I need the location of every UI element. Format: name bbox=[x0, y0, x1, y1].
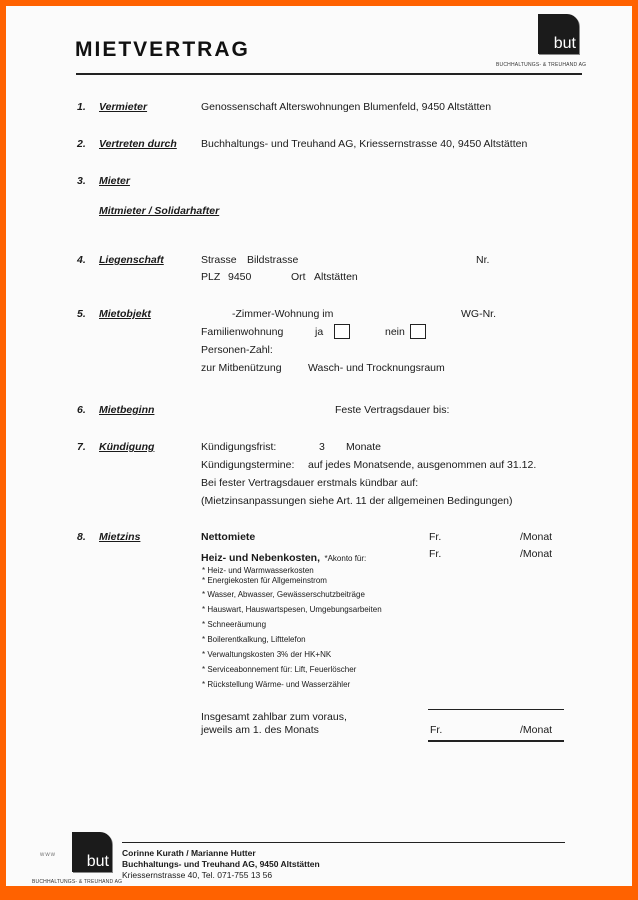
section-label-mitmieter: Mitmieter / Solidarhafter bbox=[99, 205, 219, 217]
footer-street-phone: Kriessernstrasse 40, Tel. 071-755 13 56 bbox=[122, 870, 320, 881]
nebenkosten-currency: Fr. bbox=[429, 548, 441, 560]
footer-logo-text: but bbox=[87, 853, 109, 871]
section-label-vertreten: Vertreten durch bbox=[99, 138, 177, 150]
section-number: 8. bbox=[77, 531, 86, 543]
ort-value: Altstätten bbox=[314, 271, 358, 283]
header-rule bbox=[76, 73, 582, 75]
wg-label: WG-Nr. bbox=[461, 308, 496, 320]
kuendigungsfrist-value: 3 bbox=[319, 441, 325, 453]
section-label-mieter: Mieter bbox=[99, 175, 130, 187]
footer-but-logo: but bbox=[72, 832, 112, 872]
document-title: MIETVERTRAG bbox=[75, 38, 250, 62]
total-text-line2: jeweils am 1. des Monats bbox=[201, 724, 319, 736]
kuendigungsfrist-unit: Monate bbox=[346, 441, 381, 453]
contract-page: MIETVERTRAG but BUCHHALTUNGS- & TREUHAND… bbox=[6, 6, 632, 886]
nebenkosten-per-month: /Monat bbox=[520, 548, 552, 560]
section-number: 7. bbox=[77, 441, 86, 453]
kuendigungsfrist-label: Kündigungsfrist: bbox=[201, 441, 276, 453]
footer-contact-names: Corinne Kurath / Marianne Hutter bbox=[122, 848, 320, 859]
ort-label: Ort bbox=[291, 271, 306, 283]
total-top-rule bbox=[428, 709, 564, 710]
mietzinsanpassungen-text: (Mietzinsanpassungen siehe Art. 11 der a… bbox=[201, 495, 513, 507]
web-mark: www bbox=[40, 852, 56, 858]
footer-rule bbox=[122, 842, 565, 843]
nebenkosten-item: * Wasser, Abwasser, Gewässerschutzbeiträ… bbox=[202, 590, 365, 599]
footer-logo-caption: BUCHHALTUNGS- & TREUHAND AG bbox=[32, 879, 122, 885]
nebenkosten-item: * Serviceabonnement für: Lift, Feuerlösc… bbox=[202, 665, 356, 674]
logo-caption: BUCHHALTUNGS- & TREUHAND AG bbox=[496, 62, 586, 68]
section-label-mietobjekt: Mietobjekt bbox=[99, 308, 151, 320]
heiz-nebenkosten-row: Heiz- und Nebenkosten, *Akonto für: bbox=[201, 548, 366, 566]
footer-address: Corinne Kurath / Marianne Hutter Buchhal… bbox=[122, 848, 320, 881]
ja-checkbox[interactable] bbox=[334, 324, 350, 339]
strasse-value: Bildstrasse bbox=[247, 254, 298, 266]
nein-label: nein bbox=[385, 326, 405, 338]
nein-checkbox[interactable] bbox=[410, 324, 426, 339]
akonto-label: *Akonto für: bbox=[324, 554, 366, 563]
total-currency: Fr. bbox=[430, 724, 442, 736]
ja-label: ja bbox=[315, 326, 323, 338]
heiz-nebenkosten-label: Heiz- und Nebenkosten, bbox=[201, 552, 320, 564]
strasse-label: Strasse bbox=[201, 254, 237, 266]
nebenkosten-item: * Verwaltungskosten 3% der HK+NK bbox=[202, 650, 331, 659]
kuendigungstermine-label: Kündigungstermine: bbox=[201, 459, 294, 471]
vertreten-value: Buchhaltungs- und Treuhand AG, Kriessern… bbox=[201, 138, 527, 150]
section-label-mietzins: Mietzins bbox=[99, 531, 140, 543]
section-label-kuendigung: Kündigung bbox=[99, 441, 154, 453]
vermieter-value: Genossenschaft Alterswohnungen Blumenfel… bbox=[201, 101, 491, 113]
nebenkosten-item: * Rückstellung Wärme- und Wasserzähler bbox=[202, 680, 350, 689]
section-number: 4. bbox=[77, 254, 86, 266]
nettomiete-per-month: /Monat bbox=[520, 531, 552, 543]
nr-label: Nr. bbox=[476, 254, 489, 266]
erstmals-kuendbar-text: Bei fester Vertragsdauer erstmals kündba… bbox=[201, 477, 418, 489]
section-label-mietbeginn: Mietbeginn bbox=[99, 404, 154, 416]
total-bottom-rule bbox=[428, 740, 564, 742]
nebenkosten-item: * Energiekosten für Allgemeinstrom bbox=[202, 576, 327, 585]
mitbenuetzung-label: zur Mitbenützung bbox=[201, 362, 282, 374]
nebenkosten-item: * Hauswart, Hauswartspesen, Umgebungsarb… bbox=[202, 605, 382, 614]
section-label-liegenschaft: Liegenschaft bbox=[99, 254, 164, 266]
total-per-month: /Monat bbox=[520, 724, 552, 736]
nebenkosten-item: * Schneeräumung bbox=[202, 620, 266, 629]
plz-value: 9450 bbox=[228, 271, 251, 283]
section-number: 5. bbox=[77, 308, 86, 320]
total-text-line1: Insgesamt zahlbar zum voraus, bbox=[201, 711, 347, 723]
feste-vertragsdauer-label: Feste Vertragsdauer bis: bbox=[335, 404, 449, 416]
mitbenuetzung-value: Wasch- und Trocknungsraum bbox=[308, 362, 445, 374]
personen-label: Personen-Zahl: bbox=[201, 344, 273, 356]
nebenkosten-item: * Boilerentkalkung, Lifttelefon bbox=[202, 635, 306, 644]
kuendigungstermine-value: auf jedes Monatsende, ausgenommen auf 31… bbox=[308, 459, 536, 471]
nebenkosten-item: * Heiz- und Warmwasserkosten bbox=[202, 566, 314, 575]
section-label-vermieter: Vermieter bbox=[99, 101, 147, 113]
but-logo: but bbox=[538, 14, 579, 54]
section-number: 1. bbox=[77, 101, 86, 113]
nettomiete-label: Nettomiete bbox=[201, 531, 255, 543]
section-number: 6. bbox=[77, 404, 86, 416]
footer-company: Buchhaltungs- und Treuhand AG, 9450 Alts… bbox=[122, 859, 320, 870]
section-number: 2. bbox=[77, 138, 86, 150]
nettomiete-currency: Fr. bbox=[429, 531, 441, 543]
section-number: 3. bbox=[77, 175, 86, 187]
zimmer-label: -Zimmer-Wohnung im bbox=[232, 308, 333, 320]
familienwohnung-label: Familienwohnung bbox=[201, 326, 283, 338]
logo-text: but bbox=[554, 35, 576, 53]
plz-label: PLZ bbox=[201, 271, 220, 283]
